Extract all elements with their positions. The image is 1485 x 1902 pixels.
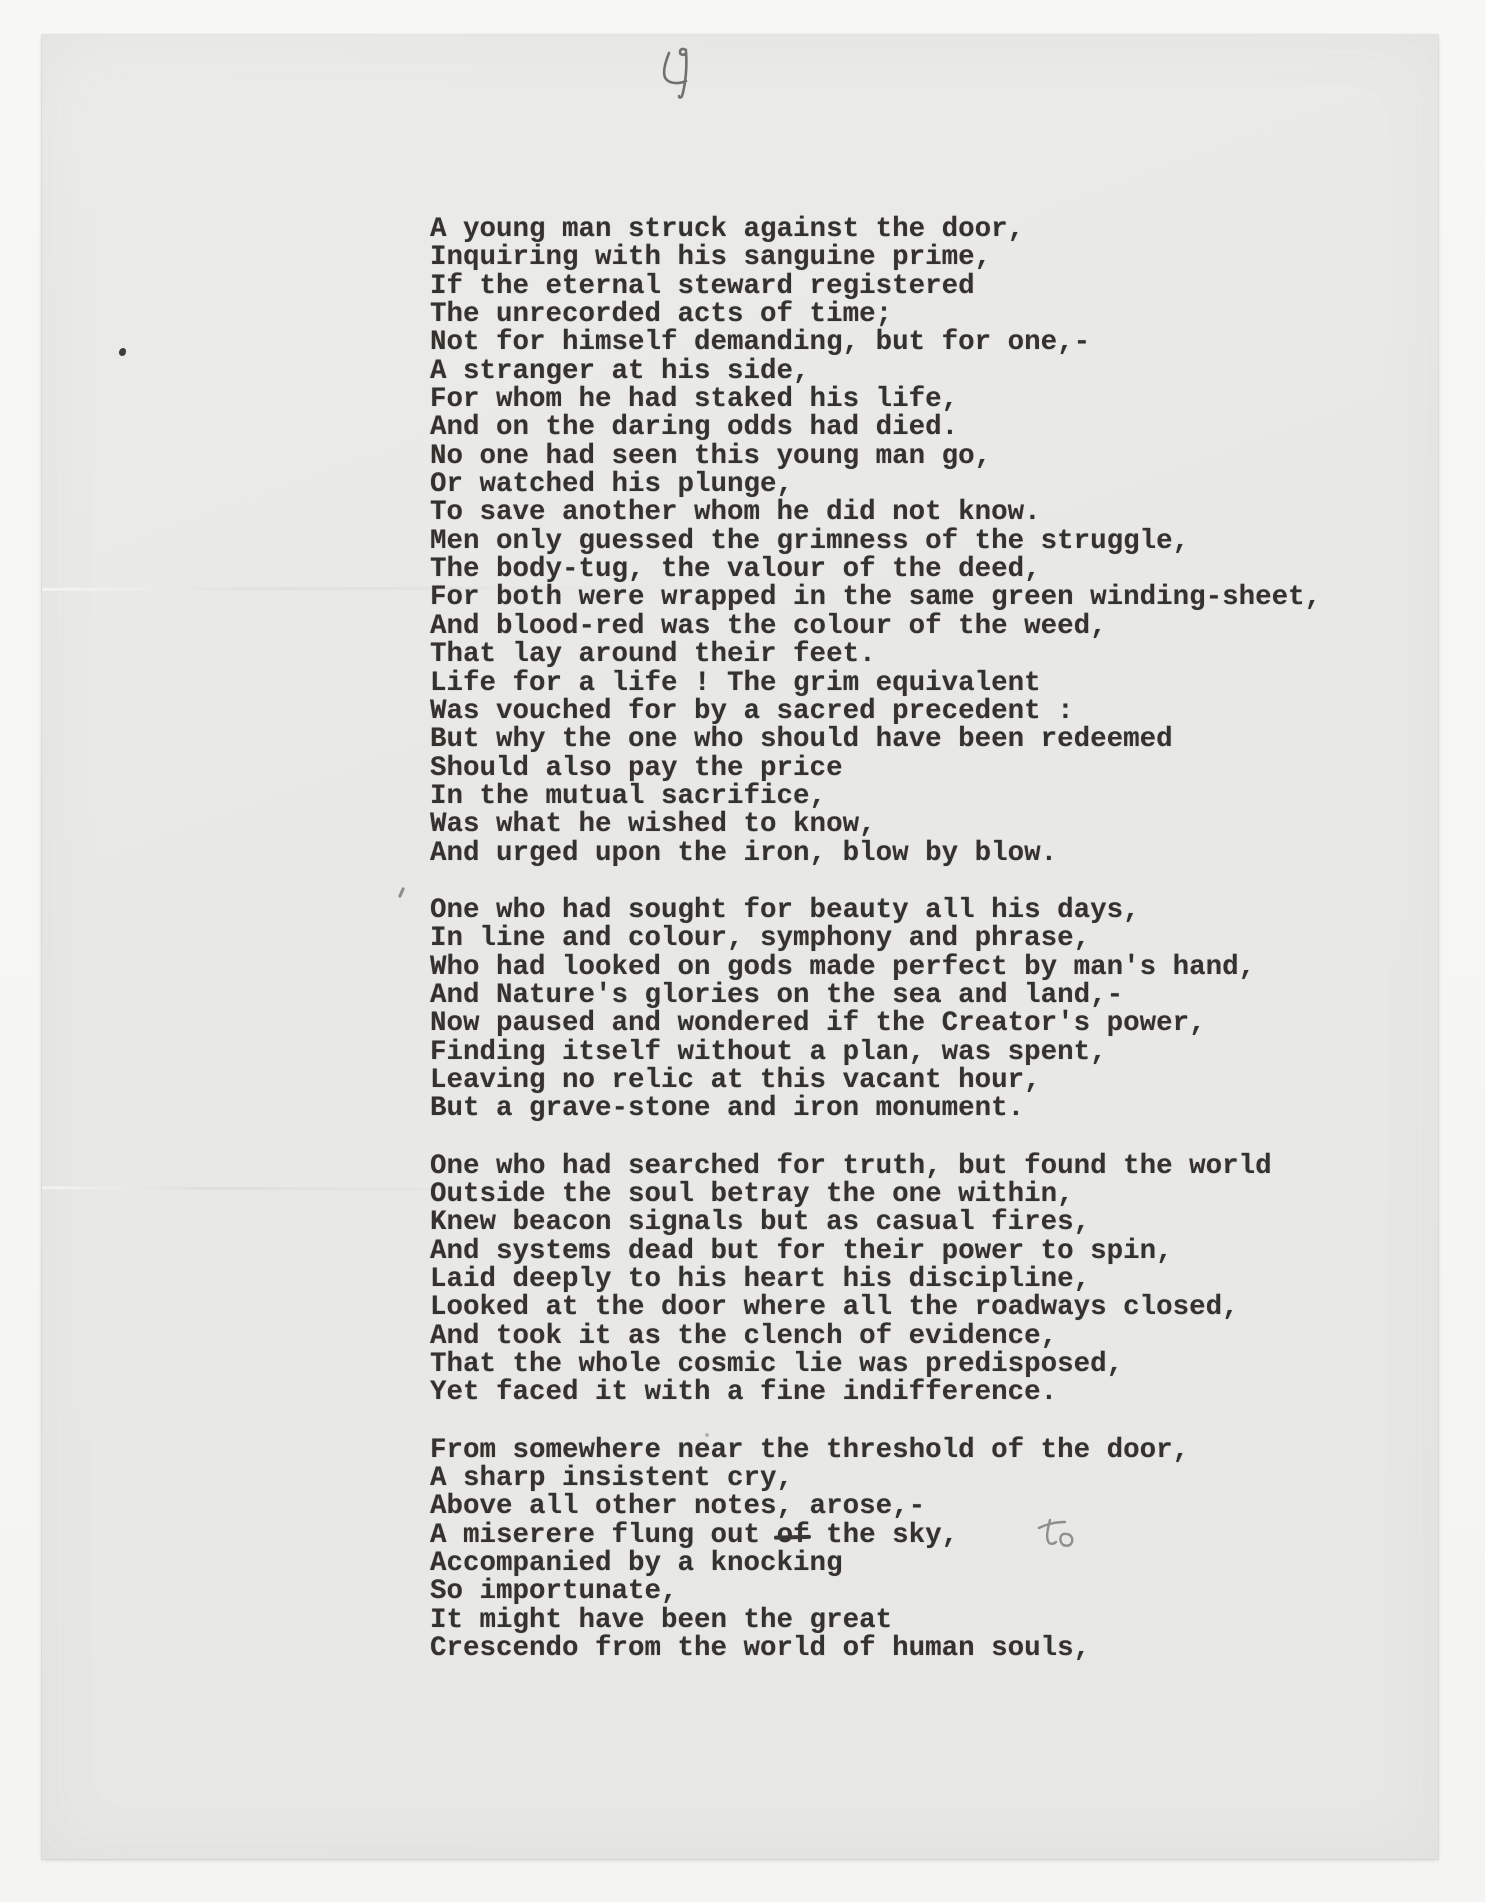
stanza: One who had sought for beauty all his da… bbox=[430, 897, 1321, 1124]
poem-line: A young man struck against the door, bbox=[430, 216, 1321, 244]
poem-line: Now paused and wondered if the Creator's… bbox=[430, 1010, 1321, 1038]
poem-line-segment: the sky, bbox=[810, 1520, 959, 1551]
poem-line: Men only guessed the grimness of the str… bbox=[430, 528, 1321, 556]
poem-line: A stranger at his side, bbox=[430, 358, 1321, 386]
ink-speck bbox=[119, 348, 126, 356]
poem-line: Crescendo from the world of human souls, bbox=[430, 1635, 1321, 1663]
poem-line: Not for himself demanding, but for one,- bbox=[430, 329, 1321, 357]
poem-line: Yet faced it with a fine indifference. bbox=[430, 1379, 1321, 1407]
poem-line: Looked at the door where all the roadway… bbox=[430, 1294, 1321, 1322]
poem-line: In line and colour, symphony and phrase, bbox=[430, 925, 1321, 953]
poem-line: Or watched his plunge, bbox=[430, 471, 1321, 499]
poem-line: Who had looked on gods made perfect by m… bbox=[430, 954, 1321, 982]
poem-line: Laid deeply to his heart his discipline, bbox=[430, 1266, 1321, 1294]
poem-line: Outside the soul betray the one within, bbox=[430, 1181, 1321, 1209]
poem-line: And Nature's glories on the sea and land… bbox=[430, 982, 1321, 1010]
handwritten-page-number: 4 bbox=[42, 35, 43, 36]
poem-line: A sharp insistent cry, bbox=[430, 1465, 1321, 1493]
stray-dot bbox=[705, 1433, 709, 1437]
poem-line: And took it as the clench of evidence, bbox=[430, 1323, 1321, 1351]
poem-line: Knew beacon signals but as casual fires, bbox=[430, 1209, 1321, 1237]
stanza: One who had searched for truth, but foun… bbox=[430, 1153, 1321, 1408]
poem-line: Finding itself without a plan, was spent… bbox=[430, 1039, 1321, 1067]
poem-line: No one had seen this young man go, bbox=[430, 443, 1321, 471]
poem-line: Life for a life ! The grim equivalent bbox=[430, 670, 1321, 698]
poem-line: In the mutual sacrifice, bbox=[430, 783, 1321, 811]
struck-word: of bbox=[777, 1520, 810, 1551]
poem-line: It might have been the great bbox=[430, 1607, 1321, 1635]
scan-background: 4 A young man struck against the door,In… bbox=[0, 0, 1485, 1902]
poem-line: Above all other notes, arose,- bbox=[430, 1493, 1321, 1521]
poem-line: For whom he had staked his life, bbox=[430, 386, 1321, 414]
poem-line: So importunate, bbox=[430, 1578, 1321, 1606]
poem-text: A young man struck against the door,Inqu… bbox=[430, 216, 1321, 1693]
poem-line: One who had sought for beauty all his da… bbox=[430, 897, 1321, 925]
pencil-correction-icon bbox=[1035, 1514, 1085, 1554]
poem-line: From somewhere near the threshold of the… bbox=[430, 1437, 1321, 1465]
pencil-correction: to bbox=[42, 35, 43, 36]
handwritten-page-number-icon bbox=[655, 43, 701, 99]
poem-line: That the whole cosmic lie was predispose… bbox=[430, 1351, 1321, 1379]
pencil-tick-mark bbox=[398, 887, 405, 898]
poem-line: To save another whom he did not know. bbox=[430, 499, 1321, 527]
poem-line: The body-tug, the valour of the deed, bbox=[430, 556, 1321, 584]
poem-line: And systems dead but for their power to … bbox=[430, 1238, 1321, 1266]
poem-line: And on the daring odds had died. bbox=[430, 414, 1321, 442]
poem-line: And urged upon the iron, blow by blow. bbox=[430, 840, 1321, 868]
poem-line: Should also pay the price bbox=[430, 755, 1321, 783]
paper-sheet: 4 A young man struck against the door,In… bbox=[42, 35, 1438, 1859]
poem-line: But a grave-stone and iron monument. bbox=[430, 1095, 1321, 1123]
poem-line: If the eternal steward registered bbox=[430, 273, 1321, 301]
poem-line: Was vouched for by a sacred precedent : bbox=[430, 698, 1321, 726]
poem-line: And blood-red was the colour of the weed… bbox=[430, 613, 1321, 641]
poem-line: Leaving no relic at this vacant hour, bbox=[430, 1067, 1321, 1095]
poem-line: For both were wrapped in the same green … bbox=[430, 584, 1321, 612]
stanza: A young man struck against the door,Inqu… bbox=[430, 216, 1321, 868]
poem-line: But why the one who should have been red… bbox=[430, 726, 1321, 754]
poem-line: Accompanied by a knocking bbox=[430, 1550, 1321, 1578]
poem-line: That lay around their feet. bbox=[430, 641, 1321, 669]
poem-line: A miserere flung out of the sky, bbox=[430, 1522, 1321, 1550]
poem-line: Inquiring with his sanguine prime, bbox=[430, 244, 1321, 272]
stanza: From somewhere near the threshold of the… bbox=[430, 1437, 1321, 1664]
poem-line: The unrecorded acts of time; bbox=[430, 301, 1321, 329]
poem-line: Was what he wished to know, bbox=[430, 811, 1321, 839]
poem-line-segment: A miserere flung out bbox=[430, 1520, 777, 1551]
poem-line: One who had searched for truth, but foun… bbox=[430, 1153, 1321, 1181]
